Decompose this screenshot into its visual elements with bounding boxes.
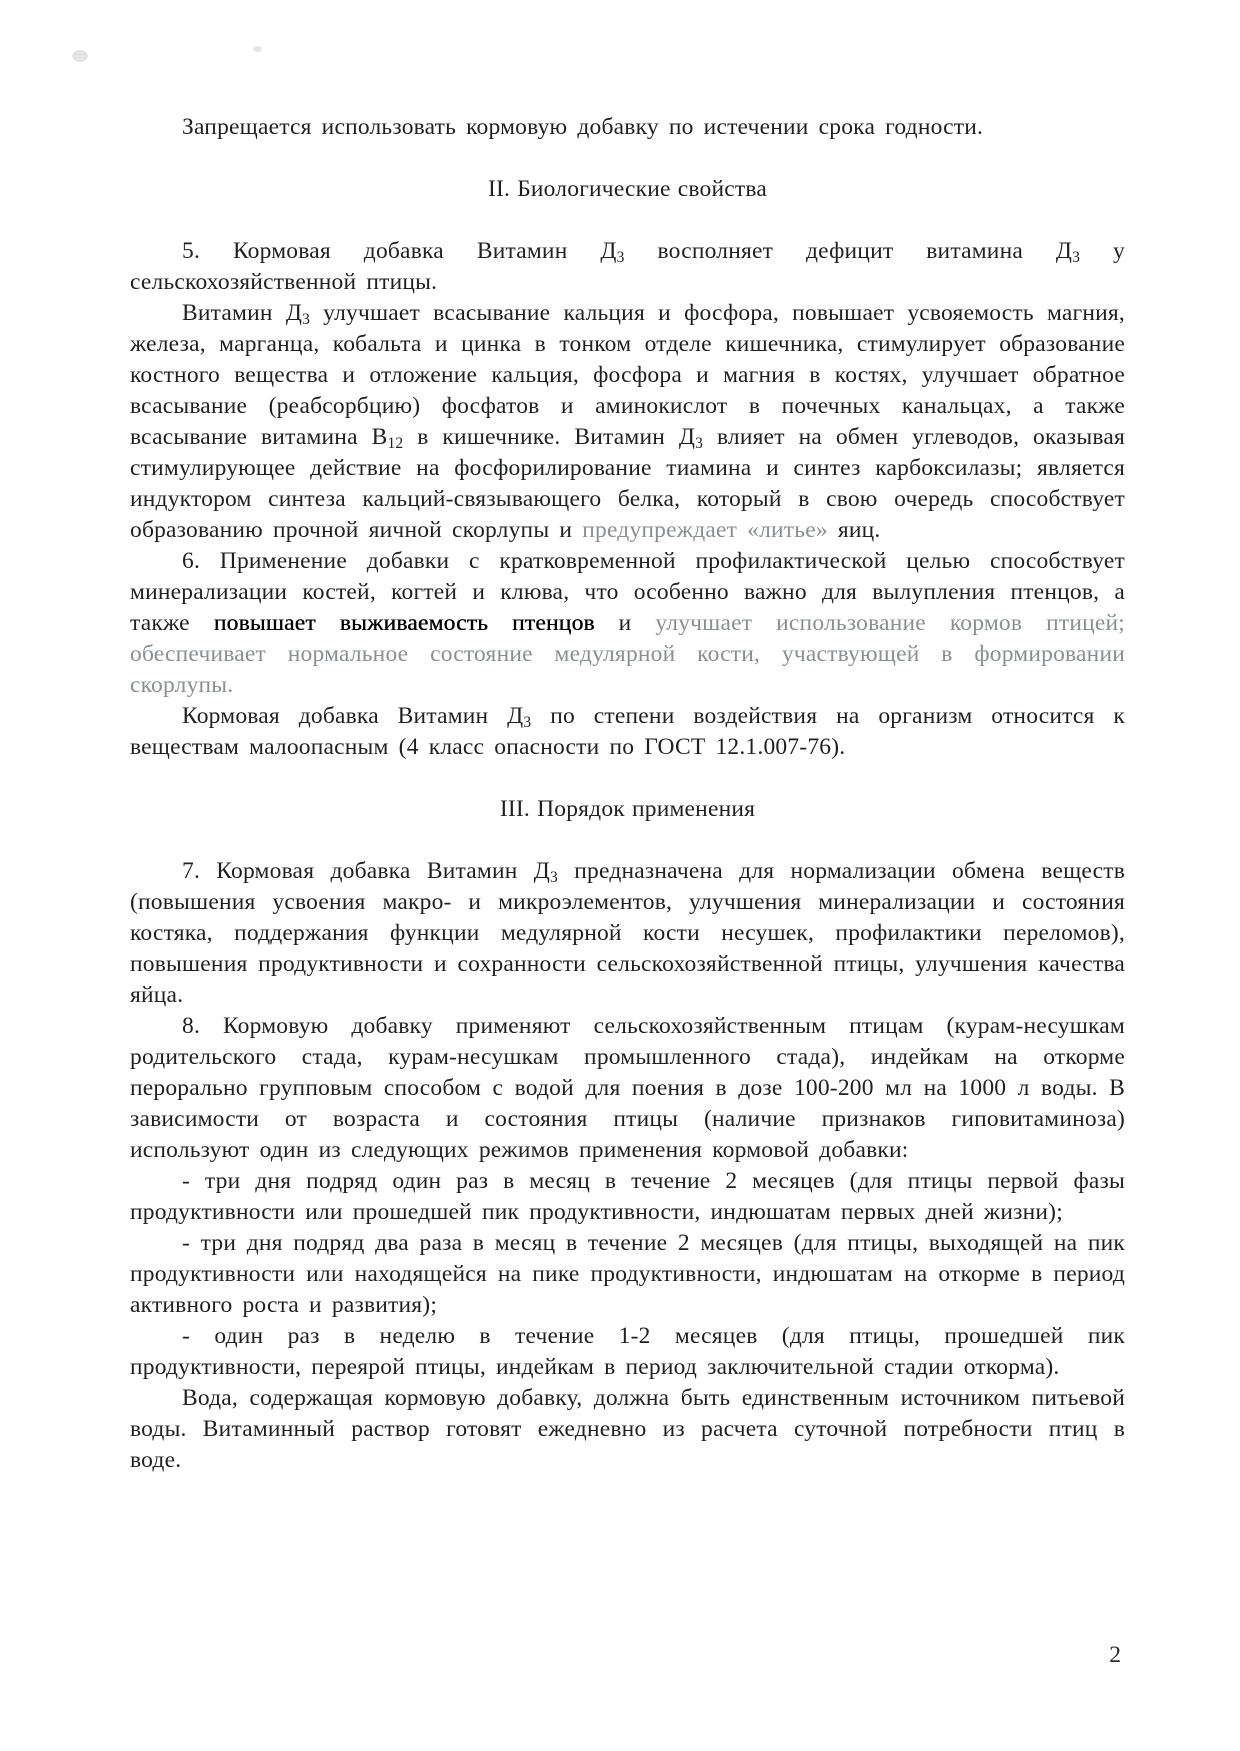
- page-number: 2: [1109, 1640, 1121, 1671]
- paragraph-8: 8. Кормовую добавку применяют сельскохоз…: [130, 1011, 1125, 1166]
- regimen-item-3: - один раз в неделю в течение 1-2 месяце…: [130, 1321, 1125, 1383]
- paragraph-vitamin-effects: Витамин Д3 улучшает всасывание кальция и…: [130, 298, 1125, 546]
- regimen-item-1: - три дня подряд один раз в месяц в тече…: [130, 1166, 1125, 1228]
- scanned-page: { "page": { "number": "2", "background_c…: [0, 0, 1240, 1751]
- paragraph-5: 5. Кормовая добавка Витамин Д3 восполняе…: [130, 236, 1125, 298]
- paragraph-hazard-class: Кормовая добавка Витамин Д3 по степени в…: [130, 701, 1125, 763]
- paragraph-6: 6. Применение добавки с кратковременной …: [130, 546, 1125, 701]
- paragraph-7: 7. Кормовая добавка Витамин Д3 предназна…: [130, 856, 1125, 1011]
- section-heading-biological-properties: II. Биологические свойства: [130, 174, 1125, 205]
- section-heading-application-procedure: III. Порядок применения: [130, 794, 1125, 825]
- intro-paragraph: Запрещается использовать кормовую добавк…: [130, 112, 1125, 143]
- document-body: Запрещается использовать кормовую добавк…: [0, 0, 1240, 1476]
- paragraph-water: Вода, содержащая кормовую добавку, должн…: [130, 1383, 1125, 1476]
- regimen-item-2: - три дня подряд два раза в месяц в тече…: [130, 1228, 1125, 1321]
